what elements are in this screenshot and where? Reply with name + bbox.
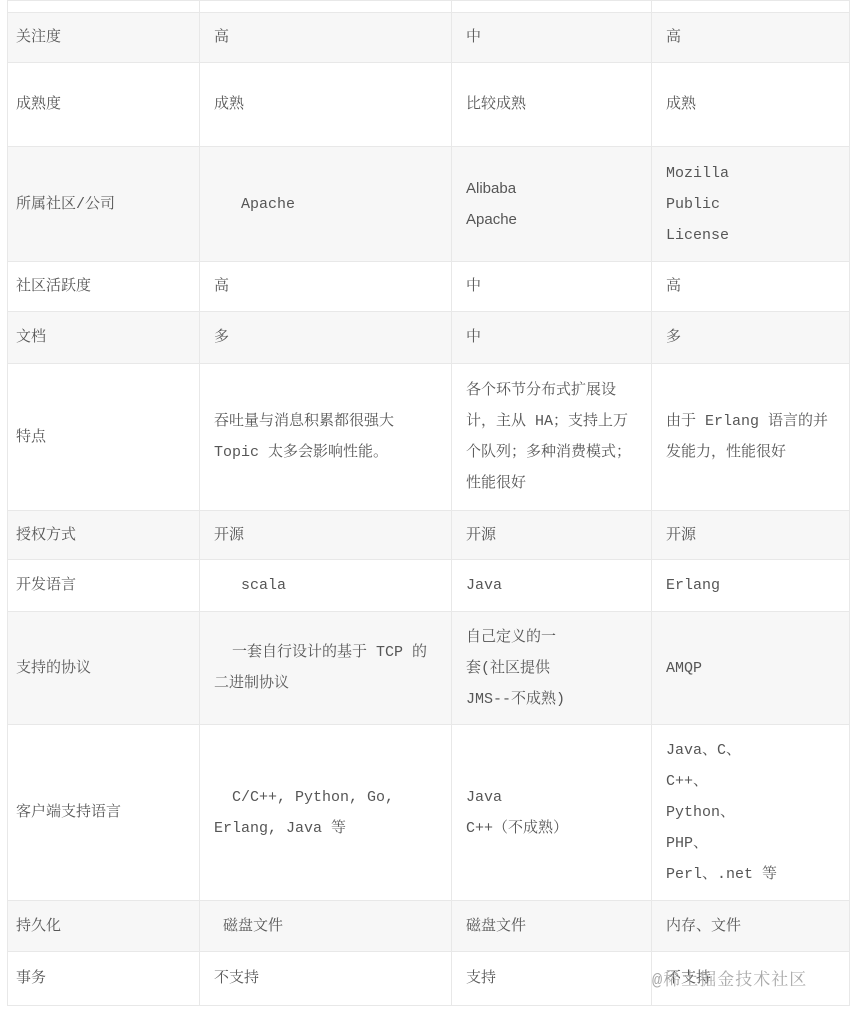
cell-attention-product1: 高 [200,13,452,63]
table-row-community-activity: 社区活跃度 高 中 高 [8,262,850,312]
cell-docs-product2: 中 [452,312,652,364]
cell-client-languages-product1: C/C++, Python, Go, Erlang, Java 等 [200,725,452,901]
table-row-client-languages: 客户端支持语言 C/C++, Python, Go, Erlang, Java … [8,725,850,901]
table-row-features: 特点 吞吐量与消息积累都很强大 Topic 太多会影响性能。 各个环节分布式扩展… [8,364,850,511]
cell-client-languages-product2: Java C++（不成熟） [452,725,652,901]
row-label-persistence: 持久化 [8,901,200,952]
cell-activity-product2: 中 [452,262,652,312]
row-label-transaction: 事务 [8,952,200,1006]
row-label-community-activity: 社区活跃度 [8,262,200,312]
cell-features-product3: 由于 Erlang 语言的并发能力，性能很好 [652,364,850,511]
cell-community-product1: Apache [200,147,452,262]
cell-protocols-product1: 一套自行设计的基于 TCP 的二进制协议 [200,612,452,725]
stub-cell [452,1,652,13]
row-label-protocols: 支持的协议 [8,612,200,725]
cell-features-product2: 各个环节分布式扩展设计，主从 HA；支持上万个队列；多种消费模式；性能很好 [452,364,652,511]
table-row-dev-language: 开发语言 scala Java Erlang [8,560,850,612]
cell-protocols-product2: 自己定义的一 套(社区提供 JMS--不成熟) [452,612,652,725]
row-label-maturity: 成熟度 [8,63,200,147]
cell-license-product1: 开源 [200,511,452,560]
cell-dev-language-product2: Java [452,560,652,612]
cell-docs-product3: 多 [652,312,850,364]
row-label-license: 授权方式 [8,511,200,560]
row-label-client-languages: 客户端支持语言 [8,725,200,901]
cell-community-product2: Alibaba Apache [452,147,652,262]
table-row-community-company: 所属社区/公司 Apache Alibaba Apache Mozilla Pu… [8,147,850,262]
cell-activity-product1: 高 [200,262,452,312]
table-row-stub [8,1,850,13]
stub-cell [200,1,452,13]
cell-attention-product3: 高 [652,13,850,63]
cell-maturity-product1: 成熟 [200,63,452,147]
table-row-persistence: 持久化 磁盘文件 磁盘文件 内存、文件 [8,901,850,952]
cell-transaction-product1: 不支持 [200,952,452,1006]
cell-transaction-product2: 支持 [452,952,652,1006]
cell-docs-product1: 多 [200,312,452,364]
cell-transaction-product3: 不支持 [652,952,850,1006]
table-row-license: 授权方式 开源 开源 开源 [8,511,850,560]
cell-attention-product2: 中 [452,13,652,63]
cell-client-languages-product3: Java、C、 C++、 Python、 PHP、 Perl、.net 等 [652,725,850,901]
cell-persistence-product2: 磁盘文件 [452,901,652,952]
stub-cell [8,1,200,13]
row-label-dev-language: 开发语言 [8,560,200,612]
cell-license-product3: 开源 [652,511,850,560]
comparison-table: 关注度 高 中 高 成熟度 成熟 比较成熟 成熟 所属社区/公司 Apache … [7,0,850,1006]
cell-maturity-product3: 成熟 [652,63,850,147]
cell-dev-language-product3: Erlang [652,560,850,612]
cell-dev-language-product1: scala [200,560,452,612]
cell-community-product3: Mozilla Public License [652,147,850,262]
table-row-attention: 关注度 高 中 高 [8,13,850,63]
table-row-maturity: 成熟度 成熟 比较成熟 成熟 [8,63,850,147]
row-label-attention: 关注度 [8,13,200,63]
cell-persistence-product3: 内存、文件 [652,901,850,952]
row-label-community-company: 所属社区/公司 [8,147,200,262]
stub-cell [652,1,850,13]
table-row-transaction: 事务 不支持 支持 不支持 [8,952,850,1006]
cell-activity-product3: 高 [652,262,850,312]
cell-maturity-product2: 比较成熟 [452,63,652,147]
row-label-features: 特点 [8,364,200,511]
cell-protocols-product3: AMQP [652,612,850,725]
cell-features-product1: 吞吐量与消息积累都很强大 Topic 太多会影响性能。 [200,364,452,511]
cell-persistence-product1: 磁盘文件 [200,901,452,952]
table-row-protocols: 支持的协议 一套自行设计的基于 TCP 的二进制协议 自己定义的一 套(社区提供… [8,612,850,725]
row-label-docs: 文档 [8,312,200,364]
cell-license-product2: 开源 [452,511,652,560]
table-row-docs: 文档 多 中 多 [8,312,850,364]
